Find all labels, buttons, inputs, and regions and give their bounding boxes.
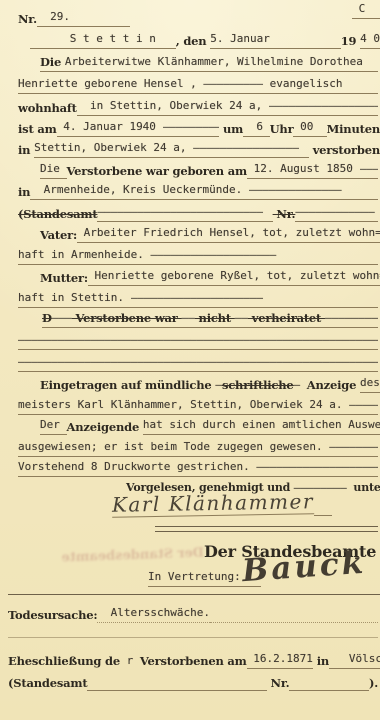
text-segment: 29. (37, 10, 70, 27)
report-type-line: Eingetragen auf mündliche —schriftliche—… (40, 376, 378, 393)
deceased-name-line-2: Henriette geborene Hensel , ————————— ev… (18, 77, 378, 94)
text-segment: haft in Armenheide. (18, 248, 150, 265)
text-segment: verstorben (309, 143, 380, 158)
text-segment: ). (369, 676, 378, 691)
text-segment: Die (40, 162, 67, 179)
text-segment: 5. Januar (210, 32, 270, 49)
text-segment: Nr. (18, 12, 37, 27)
text-segment: Verstorbene war (72, 311, 182, 328)
text-segment (30, 32, 70, 49)
text-segment: evangelisch (270, 77, 343, 94)
text-segment: Altersschwäche. (97, 606, 210, 623)
text-segment: in (313, 654, 329, 669)
father-line-2: haft in Armenheide. ——————————————————— (18, 248, 378, 265)
text-segment: Die (40, 55, 65, 72)
text-segment (156, 32, 176, 49)
text-segment: des früheren Werk= (360, 376, 380, 393)
text-segment: hat sich durch einen amtlichen Ausweis (143, 418, 380, 435)
handwritten-signature: Karl Klänhammer (112, 490, 314, 518)
text-segment: Vorstehend 8 Druckworte gestrichen. (18, 460, 256, 477)
text-segment (289, 674, 368, 691)
death-record-scan: { "page": { "kind": "Sterbeeintrag Stand… (0, 0, 380, 720)
identification-line-1: Der Anzeigende hat sich durch einen amtl… (40, 418, 378, 435)
signature-double-rule (155, 526, 378, 532)
text-segment: ——————————————————————— (269, 99, 378, 116)
text-segment: wohnhaft (18, 101, 77, 116)
marriage-registry-line: (Standesamt Nr. ). (8, 674, 378, 691)
text-segment: 19 (341, 34, 360, 49)
text-segment: (Standesamt (18, 207, 97, 222)
corner-letter-line: C (352, 2, 380, 19)
text-segment: in Stettin, Oberwiek 24 a, (77, 99, 269, 116)
text-segment: 12. August 1850 (247, 162, 360, 179)
death-date-time-line: ist am 4. Januar 1940 —————————— um 6 Uh… (18, 120, 380, 137)
death-place-line: in Stettin, Oberwiek 24 a, —————————————… (18, 141, 380, 158)
text-segment: verheiratet (248, 311, 325, 328)
deceased-name-line-1: Die Arbeiterwitwe Klänhammer, Wilhelmine… (40, 55, 378, 72)
text-segment: schriftliche (222, 378, 294, 393)
text-segment: Nr. (267, 676, 290, 691)
text-segment: Todesursache: (8, 608, 97, 623)
informant-line: meisters Karl Klänhammer, Stettin, Oberw… (18, 398, 378, 415)
identification-line-2: ausgewiesen; er ist beim Tode zugegen ge… (18, 440, 378, 457)
text-segment (210, 621, 378, 623)
text-segment: C (352, 2, 379, 19)
marriage-line: Eheschließung de r Verstorbenen am 16.2.… (8, 652, 378, 669)
text-segment: ————————— (360, 162, 378, 179)
text-segment: unterschrieben (353, 481, 380, 495)
text-segment: Henriette geborene Ryßel, tot, zuletzt w… (88, 269, 380, 286)
text-segment: r (120, 654, 140, 669)
text-segment: ——— (52, 311, 72, 328)
blank-struck-line-2: ————————————————————————————————————————… (18, 355, 378, 372)
text-segment: ————————— (197, 77, 270, 94)
text-segment: —————————— (163, 120, 220, 137)
struck-words-note-line: Vorstehend 8 Druckworte gestrichen. ————… (18, 460, 378, 477)
text-segment (343, 92, 378, 94)
record-number-line: Nr. 29. (18, 10, 130, 27)
mother-line-2: haft in Stettin. ———————————————————— (18, 291, 378, 308)
text-segment: ———————————— (325, 311, 378, 328)
text-segment: Uhr (270, 122, 294, 137)
text-segment: —————————————— (249, 183, 378, 200)
text-segment: ———————————————— (193, 141, 309, 158)
text-segment: ———————————— (295, 205, 378, 222)
text-segment: ———————————————————— (131, 291, 378, 308)
handwritten-signature: Bauck (241, 548, 367, 588)
text-segment: 6 (243, 120, 270, 137)
text-segment: Minuten (327, 122, 380, 137)
text-segment: 00 (293, 120, 326, 137)
registrar-signature-line: Bauck (242, 552, 380, 583)
text-segment: Vater: (40, 228, 77, 243)
text-segment (155, 526, 378, 532)
father-line-1: Vater: Arbeiter Friedrich Hensel, tot, z… (40, 226, 378, 243)
text-segment: (Standesamt (8, 676, 87, 691)
residence-line: wohnhaft in Stettin, Oberwiek 24 a, ————… (18, 99, 378, 116)
text-segment: meisters Karl Klänhammer, Stettin, Oberw… (18, 398, 349, 415)
text-segment: Anzeige (307, 378, 360, 393)
text-segment: 4 0 (360, 32, 380, 49)
birth-place-line: in Armenheide, Kreis Ueckermünde. ——————… (18, 183, 378, 200)
text-segment: Henriette geborene Hensel , (18, 77, 197, 94)
text-segment: ausgewiesen; er ist beim Tode zugegen ge… (18, 440, 329, 457)
mother-line-1: Mutter: Henriette geborene Ryßel, tot, z… (40, 269, 378, 286)
informant-signature-line: Karl Klänhammer (112, 492, 332, 516)
text-segment (270, 47, 341, 49)
text-segment: Arbeiter Friedrich Hensel, tot, zuletzt … (77, 226, 380, 243)
text-segment: 16.2.1871 (247, 652, 313, 669)
text-segment: , den (176, 34, 211, 49)
text-segment: 4. Januar 1940 (57, 120, 163, 137)
text-segment: D (42, 311, 52, 328)
text-segment (314, 514, 332, 516)
text-segment (87, 689, 266, 691)
marital-status-struck-line: D——— Verstorbene war —— nicht —— verheir… (42, 311, 378, 328)
text-segment: Arbeiterwitwe Klänhammer, Wilhelmine Dor… (65, 55, 363, 72)
birth-date-line: Die Verstorbene war geboren am 12. Augus… (40, 162, 378, 179)
text-segment: ——————————————————— (150, 248, 378, 265)
section-rule (8, 592, 380, 595)
text-segment: Nr. (273, 207, 296, 222)
text-segment: in (18, 185, 30, 200)
text-segment: Mutter: (40, 271, 88, 286)
text-segment: ————————————————————————————————————————… (18, 355, 378, 372)
text-segment: ————————————— (329, 440, 378, 457)
text-segment: ——————————————————— (256, 460, 378, 477)
text-segment (363, 70, 378, 72)
text-segment: ————————————————————————— (97, 205, 272, 222)
text-segment (8, 635, 378, 638)
text-segment: ————————————————————————————————————————… (18, 333, 378, 350)
text-segment: Anzeigende (67, 420, 143, 435)
text-segment: nicht (195, 311, 235, 328)
text-segment (70, 10, 130, 27)
text-segment: um (219, 122, 243, 137)
text-segment: —— (235, 311, 248, 328)
text-segment: ———————— (349, 398, 378, 415)
place-date-line: S t e t t i n , den 5. Januar19 4 0 (30, 32, 380, 49)
text-segment: haft in Stettin. (18, 291, 131, 308)
form-body: C Nr. 29. S t e t t i n , den 5. Januar1… (0, 0, 380, 720)
text-segment: —— (181, 311, 194, 328)
blank-struck-line-1: ————————————————————————————————————————… (18, 333, 378, 350)
text-segment: S t e t t i n (70, 32, 156, 49)
faint-rule (8, 635, 378, 638)
text-segment: ist am (18, 122, 57, 137)
text-segment: Eheschließung de (8, 654, 120, 669)
registry-office-struck-line: (Standesamt————————————————————————— Nr.… (18, 205, 378, 222)
text-segment (8, 592, 380, 595)
text-segment: — (294, 378, 307, 393)
text-segment: Eingetragen auf mündliche (40, 378, 215, 393)
cause-of-death-line: Todesursache: Altersschwäche. (8, 606, 378, 623)
text-segment: Verstorbene war geboren am (67, 164, 247, 179)
text-segment: — (215, 378, 222, 393)
text-segment: Völschendorf (329, 652, 380, 669)
text-segment: in (18, 143, 34, 158)
text-segment: Stettin, Oberwiek 24 a, (34, 141, 193, 158)
text-segment: Verstorbenen am (140, 654, 247, 669)
text-segment: Der (40, 418, 67, 435)
text-segment: Armenheide, Kreis Ueckermünde. (30, 183, 249, 200)
